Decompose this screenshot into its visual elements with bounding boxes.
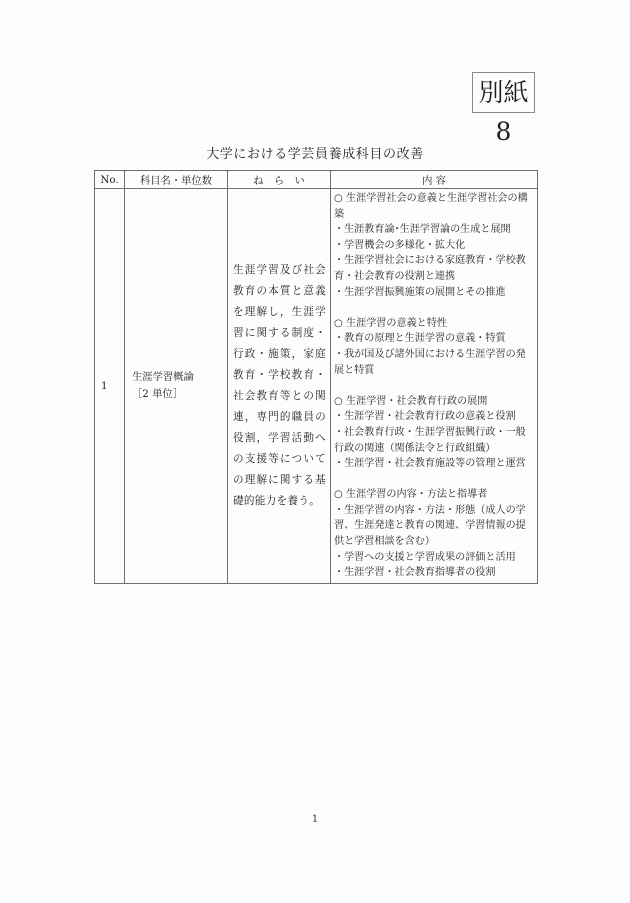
section-item: ・社会教育行政・生涯学習振興行政・一般行政の関連（関係法令と行政組織） [334,425,534,456]
cell-aim: 生涯学習及び社会教育の本質と意義を理解し，生涯学習に関する制度・行政・施策，家庭… [228,189,331,584]
content-section: ○ 生涯学習の内容・方法と指導者 ・生涯学習の内容・方法・形態（成人の学習、生涯… [334,487,534,581]
section-item: ・我が国及び諸外国における生涯学習の発展と特質 [334,347,534,378]
section-heading: ○ 生涯学習・社会教育行政の展開 [334,394,534,410]
subject-credits: ［2 単位］ [132,386,227,403]
section-item: ・生涯教育論･生涯学習論の生成と展開 [334,222,534,238]
section-heading: ○ 生涯学習社会の意義と生涯学習社会の構築 [334,191,534,222]
section-heading: ○ 生涯学習の内容・方法と指導者 [334,487,534,503]
section-item: ・教育の原理と生涯学習の意義・特質 [334,331,534,347]
section-gap [334,300,534,316]
section-item: ・生涯学習・社会教育行政の意義と役割 [334,409,534,425]
section-item: ・生涯学習の内容・方法・形態（成人の学習、生涯発達と教育の関連、学習情報の提供と… [334,503,534,550]
section-item: ・学習機会の多様化・拡大化 [334,238,534,254]
content-section: ○ 生涯学習・社会教育行政の展開 ・生涯学習・社会教育行政の意義と役割 ・社会教… [334,394,534,472]
section-heading: ○ 生涯学習の意義と特性 [334,316,534,332]
section-item: ・生涯学習社会における家庭教育・学校教育・社会教育の役割と連携 [334,253,534,284]
content-section: ○ 生涯学習の意義と特性 ・教育の原理と生涯学習の意義・特質 ・我が国及び諸外国… [334,316,534,378]
cell-subject: 生涯学習概論 ［2 単位］ [125,189,228,584]
section-item: ・生涯学習・社会教育施設等の管理と運営 [334,456,534,472]
section-gap [334,472,534,488]
document-title: 大学における学芸員養成科目の改善 [0,143,630,162]
section-item: ・生涯学習振興施策の展開とその推進 [334,285,534,301]
section-item: ・生涯学習・社会教育指導者の役割 [334,565,534,581]
header-aim: ね ら い [228,171,331,189]
header-subject: 科目名・単位数 [125,171,228,189]
section-gap [334,378,534,394]
header-no: No. [95,171,125,189]
page-number: 1 [0,814,630,825]
header-content: 内 容 [331,171,538,189]
cell-no: 1 [95,189,125,584]
course-table: No. 科目名・単位数 ね ら い 内 容 1 生涯学習概論 ［2 単位］ 生涯… [94,170,538,584]
attachment-label: 別紙 8 [472,72,535,113]
table-header-row: No. 科目名・単位数 ね ら い 内 容 [95,171,538,189]
content-section: ○ 生涯学習社会の意義と生涯学習社会の構築 ・生涯教育論･生涯学習論の生成と展開… [334,191,534,300]
cell-content: ○ 生涯学習社会の意義と生涯学習社会の構築 ・生涯教育論･生涯学習論の生成と展開… [331,189,538,584]
section-item: ・学習への支援と学習成果の評価と活用 [334,550,534,566]
table-row: 1 生涯学習概論 ［2 単位］ 生涯学習及び社会教育の本質と意義を理解し，生涯学… [95,189,538,584]
subject-name: 生涯学習概論 [132,369,227,386]
